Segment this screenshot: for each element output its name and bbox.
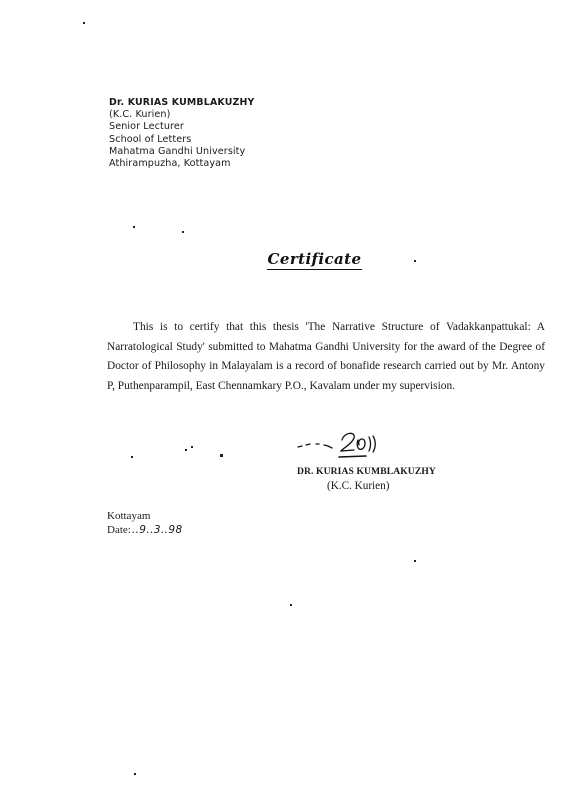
scan-speck [220,454,223,457]
scan-speck [191,446,193,448]
scan-speck [133,226,135,228]
scan-speck [131,456,133,458]
place-and-date: Kottayam Date: ..9..3..98 [107,510,183,537]
date-label: Date: [107,524,131,538]
scan-speck [290,604,292,606]
letterhead-university: Mahatma Gandhi University [109,146,255,158]
certificate-body: This is to certify that this thesis 'The… [107,318,545,396]
certificate-title: Certificate [0,250,585,270]
letterhead: Dr. KURIAS KUMBLAKUZHY (K.C. Kurien) Sen… [109,97,255,170]
letterhead-name: Dr. KURIAS KUMBLAKUZHY [109,97,255,109]
letterhead-position: Senior Lecturer [109,121,255,133]
scan-speck [414,560,416,562]
certificate-body-text: This is to certify that this thesis 'The… [107,321,545,392]
signatory-block: DR. KURIAS KUMBLAKUZHY (K.C. Kurien) [290,465,490,494]
scan-speck [83,22,85,24]
date-value: ..9..3..98 [132,524,183,538]
certificate-page: Dr. KURIAS KUMBLAKUZHY (K.C. Kurien) Sen… [0,0,585,788]
letterhead-department: School of Letters [109,134,255,146]
letterhead-location: Athirampuzha, Kottayam [109,158,255,170]
handwritten-signature [296,427,406,467]
scan-speck [185,449,187,451]
signatory-alias: (K.C. Kurien) [290,478,490,494]
place-label: Kottayam [107,510,183,524]
scan-speck [414,260,416,262]
scan-speck [134,773,136,775]
certificate-title-text: Certificate [267,250,363,270]
date-row: Date: ..9..3..98 [107,524,183,538]
scan-speck [182,231,184,233]
letterhead-alias: (K.C. Kurien) [109,109,255,121]
signatory-name: DR. KURIAS KUMBLAKUZHY [290,465,490,478]
